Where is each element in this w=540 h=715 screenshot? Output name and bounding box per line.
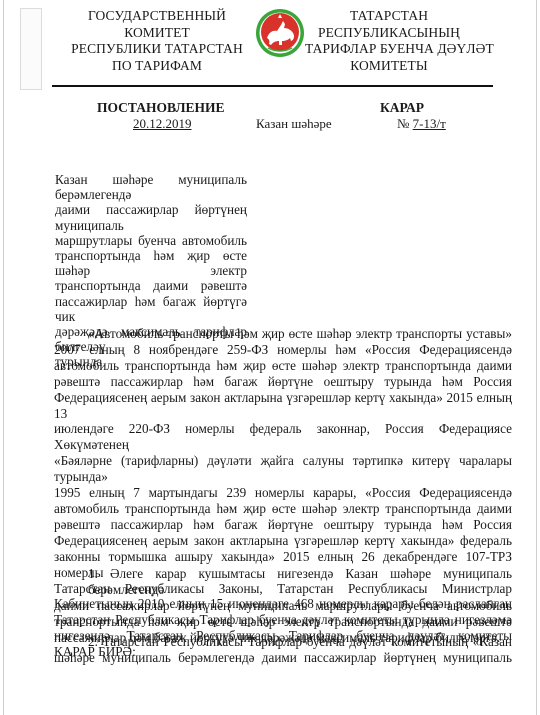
subject-line: транспортында һәм җир өсте шәһәр электр <box>55 248 247 278</box>
subject-line: маршрутлары буенча автомобиль <box>55 233 247 248</box>
number-value: 7-13/т <box>413 116 446 131</box>
text-line: Федерациясенең аерым закон актларына үзг… <box>54 390 512 422</box>
text-line: 2. Татарстан Республикасы Тарифлар буенч… <box>54 634 512 650</box>
text-line: «Бәяләрне (тарифларны) дәүләти җайга сал… <box>54 453 512 485</box>
text-line: 1995 елның 7 мартындагы 239 номерлы кара… <box>54 485 512 501</box>
header-line: ТАРИФЛАР БУЕНЧА ДӘҮЛӘТ <box>305 41 473 58</box>
number-prefix: № <box>397 116 409 131</box>
decree-title-tatar: КАРАР <box>380 100 424 116</box>
header-line: РЕСПУБЛИКАСЫНЫҢ <box>305 25 473 42</box>
text-line: 1. Әлеге карар кушымтасы нигезендә Казан… <box>54 566 512 598</box>
text-line: транспортында һәм җир өсте шәһәр электр … <box>54 614 512 630</box>
header-line: КОМИТЕТ <box>62 25 252 42</box>
decree-city: Казан шәһәре <box>256 116 332 132</box>
header-line: РЕСПУБЛИКИ ТАТАРСТАН <box>62 41 252 58</box>
header-line: ГОСУДАРСТВЕННЫЙ <box>62 8 252 25</box>
page-border-left <box>3 0 4 715</box>
text-line: автомобиль транспортында һәм җир өсте шә… <box>54 358 512 374</box>
decree-number: № 7-13/т <box>397 116 446 132</box>
tatarstan-coat-of-arms-icon <box>255 8 305 58</box>
text-line: рәвештә пассажирлар һәм багаж йөртүне ое… <box>54 374 512 390</box>
subject-line: Казан шәһәре муниципаль берәмлегендә <box>55 172 247 202</box>
page-margin-marker <box>20 8 42 90</box>
item-2-paragraph: 2. Татарстан Республикасы Тарифлар буенч… <box>54 634 512 666</box>
text-line: июлендәге 220-ФЗ номерлы федераль законн… <box>54 421 512 453</box>
header-divider <box>52 85 493 87</box>
header-line: КОМИТЕТЫ <box>305 58 473 75</box>
subject-line: даими пассажирлар йөртүнең муниципаль <box>55 202 247 232</box>
header-line: ПО ТАРИФАМ <box>62 58 252 75</box>
text-line: рәвештә пассажирлар һәм багаж йөртүне ое… <box>54 517 512 533</box>
decree-date: 20.12.2019 <box>133 116 192 132</box>
text-line: шәһәре муниципаль берәмлегендә даими пас… <box>54 650 512 666</box>
subject-line: пассажирлар һәм багаж йөртүгә чик <box>55 294 247 324</box>
header-tatar: ТАТАРСТАН РЕСПУБЛИКАСЫНЫҢ ТАРИФЛАР БУЕНЧ… <box>305 8 473 74</box>
header-russian: ГОСУДАРСТВЕННЫЙ КОМИТЕТ РЕСПУБЛИКИ ТАТАР… <box>62 8 252 74</box>
text-line: 2007 елның 8 ноябрендәге 259-ФЗ номерлы … <box>54 342 512 358</box>
subject-line: транспортында даими рәвештә <box>55 278 247 293</box>
text-line: «Автомобиль транспорты һәм җир өсте шәһә… <box>54 326 512 342</box>
page-border-right <box>536 0 537 715</box>
decree-title-russian: ПОСТАНОВЛЕНИЕ <box>97 100 225 116</box>
header-line: ТАТАРСТАН <box>305 8 473 25</box>
text-line: даими пассажирлар йөртүнең муниципаль ма… <box>54 598 512 614</box>
text-line: Федерациясенең аерым закон актларына үзг… <box>54 533 512 549</box>
text-line: автомобиль транспортында һәм җир өсте шә… <box>54 501 512 517</box>
